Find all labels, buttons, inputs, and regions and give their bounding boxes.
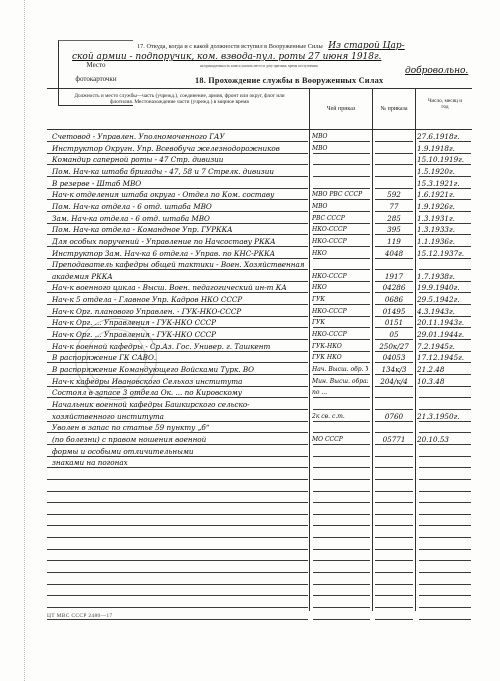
cell-position: Счетовод - Управлен. Уполномоченного ГАУ	[52, 132, 310, 141]
cell-date: 10.3.48	[417, 377, 471, 386]
question-17-label: 17. Откуда, когда и с какой должности вс…	[137, 43, 323, 50]
cell-date: 15.3.1921г.	[417, 179, 471, 188]
cell-order-no: 285	[374, 214, 414, 223]
table-row	[47, 584, 472, 596]
table-row: Инструктор Округн. Упр. Всевобуча железн…	[47, 142, 472, 154]
cell-authority: НКО-СССР	[312, 237, 368, 246]
section-18-title: 18. Прохождение службы в Вооруженных Сил…	[195, 76, 383, 85]
table-row: академия РККАНКО-СССР19171.7.1938г.	[47, 270, 472, 282]
cell-order-no: 4048	[374, 249, 414, 258]
cell-order-no: 0151	[374, 318, 414, 327]
cell-authority: НКО	[312, 283, 368, 292]
photo-label-line1: Место	[59, 61, 133, 69]
header-order-no: № приказа	[373, 106, 415, 112]
table-row: Нач-к военного цикла - Высш. Воен. педаг…	[47, 281, 472, 293]
table-row	[47, 480, 472, 492]
cell-authority: Нач. Высш. обр. Упр. Сов. Ар.	[312, 365, 368, 374]
cell-authority: МВО	[312, 202, 368, 211]
cell-position: Начальник военной кафедры Башкирского се…	[52, 400, 310, 409]
table-row: (по болезни) с правом ношения военнойМО …	[47, 433, 472, 445]
table-row	[47, 538, 472, 550]
question-17-answer-part2: ской армии - подпоручик, ком. взвода-пул…	[72, 52, 497, 62]
header-authority: Чей приказ	[310, 106, 372, 112]
question-17-hint: на принадлежность запаса указать место и…	[200, 64, 318, 68]
question-17-answer-part3: добровольно.	[405, 66, 468, 76]
cell-authority: ГУК	[312, 318, 368, 327]
table-row: знаками на погонах	[47, 456, 472, 468]
table-row: Счетовод - Управлен. Уполномоченного ГАУ…	[47, 130, 472, 142]
cell-authority: НКО-СССР	[312, 307, 368, 316]
cell-authority: МО СССР	[312, 435, 368, 444]
cell-authority: МВО	[312, 132, 368, 141]
cell-order-no: 04286	[374, 283, 414, 292]
cell-position: Нач-к 5 отдела - Главное Упр. Кадров НКО…	[52, 295, 310, 304]
cell-position: Командир саперной роты - 47 Стр. дивизии	[52, 155, 310, 164]
table-row: Преподаватель кафедры общей тактики - Во…	[47, 258, 472, 270]
cell-date: 21.3.1950г.	[417, 412, 471, 421]
cell-position: формы и особыми отличительными	[52, 447, 310, 456]
table-row: В резерве - Штаб МВО15.3.1921г.	[47, 177, 472, 189]
table-row	[47, 514, 472, 526]
cell-position: знаками на погонах	[52, 458, 310, 467]
table-row	[47, 549, 472, 561]
cell-authority: Мин. Высш. образования	[312, 377, 368, 386]
cell-order-no: 134к/3	[374, 365, 414, 374]
cell-date: 15.10.1919г.	[417, 155, 471, 164]
table-row: Нач-к Орг. планового Управлен. - ГУК-НКО…	[47, 305, 472, 317]
cell-position: Инструктор Зам. Нач-ка 6 отдела - Управ.…	[52, 249, 310, 258]
table-row: Пом. Нач-ка отдела - 6 отд. штаба МВОМВО…	[47, 200, 472, 212]
cell-date: 1.9.1926г.	[417, 202, 471, 211]
cell-date: 29.5.1942г.	[417, 295, 471, 304]
cell-order-no: 77	[374, 202, 414, 211]
cell-order-no: 05	[374, 330, 414, 339]
cell-authority: МВО РВС СССР	[312, 190, 368, 199]
table-row	[47, 596, 472, 608]
cell-date: 20.11.1943г.	[417, 318, 471, 327]
cell-date: 27.6.1918г.	[417, 132, 471, 141]
cell-authority: ГУК	[312, 295, 368, 304]
cell-position: Преподаватель кафедры общей тактики - Во…	[52, 260, 310, 269]
table-row: Уволен в запас по статье 59 пункту „б“	[47, 421, 472, 433]
cell-order-no: 0760	[374, 412, 414, 421]
cell-order-no: 0686	[374, 295, 414, 304]
header-position: Должность и место службы—часть (учрежд.)…	[67, 93, 292, 105]
cell-position: Зам. Нач-ка отдела - 6 отд. штаба МВО	[52, 214, 310, 223]
cell-date: 4.3.1943г.	[417, 307, 471, 316]
ruled-line	[313, 619, 370, 620]
cell-order-no: 01495	[374, 307, 414, 316]
cell-date: 1.7.1938г.	[417, 272, 471, 281]
cell-authority: НКО	[312, 249, 368, 258]
cell-position: Инструктор Округн. Упр. Всевобуча железн…	[52, 144, 310, 153]
cell-position: В резерве - Штаб МВО	[52, 179, 310, 188]
table-row: формы и особыми отличительными	[47, 445, 472, 457]
ruled-line	[419, 619, 471, 620]
table-row: хозяйственного института2к св. с.т.07602…	[47, 410, 472, 422]
cell-date: 1.1.1936г.	[417, 237, 471, 246]
table-row: Пом. Нач-ка отдела - Командное Упр. ГУРК…	[47, 223, 472, 235]
cell-position: Нач-к Орг. планового Управлен. - ГУК-НКО…	[52, 307, 310, 316]
cell-date: 17.12.1945г.	[417, 353, 471, 362]
table-row	[47, 491, 472, 503]
service-record-page: Место фотокарточки 17. Откуда, когда и с…	[0, 0, 500, 681]
cell-authority: НКО-СССР	[312, 225, 368, 234]
table-row	[47, 573, 472, 585]
cell-position: Нач-к отделения штаба округа - Отдел по …	[52, 190, 310, 199]
cell-order-no: 119	[374, 237, 414, 246]
cell-order-no: 1917	[374, 272, 414, 281]
table-row	[47, 561, 472, 573]
cell-position: академия РККА	[52, 272, 310, 281]
cell-date: 1.9.1918г.	[417, 144, 471, 153]
cell-order-no: 05771	[374, 435, 414, 444]
table-row: Нач-к 5 отдела - Главное Упр. Кадров НКО…	[47, 293, 472, 305]
cell-position: Нач-к военного цикла - Высш. Воен. педаг…	[52, 283, 310, 292]
cell-authority: 2к св. с.т.	[312, 412, 368, 421]
cell-date: 29.01.1944г.	[417, 330, 471, 339]
header-date: Число, месяц и год	[427, 98, 463, 110]
cell-order-no: 250к/27	[374, 342, 414, 351]
cell-order-no: 204/к/4	[374, 377, 414, 386]
cell-date: 21.2.48	[417, 365, 471, 374]
table-header: Должность и место службы—часть (учрежд.)…	[47, 89, 472, 130]
cell-authority: НКО-СССР	[312, 330, 368, 339]
cell-authority: ГУК-НКО	[312, 342, 368, 351]
question-17: 17. Откуда, когда и с какой должности вс…	[137, 42, 497, 51]
official-seal-stamp	[75, 318, 157, 400]
cell-position: Для особых поручений - Управление по Нач…	[52, 237, 310, 246]
cell-authority: ГУК НКО	[312, 353, 368, 362]
table-row: Командир саперной роты - 47 Стр. дивизии…	[47, 153, 472, 165]
cell-date: 1.5.1920г.	[417, 167, 471, 176]
cell-order-no: 395	[374, 225, 414, 234]
cell-authority: НКО-СССР	[312, 272, 368, 281]
table-row: Нач-к отделения штаба округа - Отдел по …	[47, 188, 472, 200]
cell-date: 1.3.1933г.	[417, 225, 471, 234]
table-row	[47, 468, 472, 480]
cell-date: 7.2.1945г.	[417, 342, 471, 351]
cell-position: Пом. Нач-ка отдела - Командное Упр. ГУРК…	[52, 225, 310, 234]
photo-label-line2: фотокарточки	[59, 75, 133, 83]
binding-margin-line	[24, 0, 26, 681]
print-mark: ЦТ МВС СССР 2480—17	[47, 613, 112, 619]
cell-order-no: 04053	[374, 353, 414, 362]
cell-position: Пом. Нач-ка штаба бригады - 47, 58 и 7 С…	[52, 167, 310, 176]
table-row	[47, 526, 472, 538]
table-row: Зам. Нач-ка отдела - 6 отд. штаба МВОРВС…	[47, 212, 472, 224]
cell-authority: по ...	[312, 388, 368, 397]
cell-date: 19.9.1940г.	[417, 283, 471, 292]
ruled-line	[375, 619, 413, 620]
cell-authority: РВС СССР	[312, 214, 368, 223]
cell-authority: МВО	[312, 144, 368, 153]
cell-position: (по болезни) с правом ношения военной	[52, 435, 310, 444]
table-row: Пом. Нач-ка штаба бригады - 47, 58 и 7 С…	[47, 165, 472, 177]
question-17-answer-part1: Из старой Цар-	[328, 41, 404, 51]
cell-date: 1.3.1931г.	[417, 214, 471, 223]
cell-date: 20.10.53	[417, 435, 471, 444]
table-row: Инструктор Зам. Нач-ка 6 отдела - Управ.…	[47, 247, 472, 259]
cell-order-no: 592	[374, 190, 414, 199]
table-row	[47, 503, 472, 515]
cell-position: Уволен в запас по статье 59 пункту „б“	[52, 423, 310, 432]
cell-date: 1.6.1921г.	[417, 190, 471, 199]
cell-position: хозяйственного института	[52, 412, 310, 421]
cell-position: Пом. Нач-ка отдела - 6 отд. штаба МВО	[52, 202, 310, 211]
cell-date: 15.12.1937г.	[417, 249, 471, 258]
table-row: Для особых поручений - Управление по Нач…	[47, 235, 472, 247]
